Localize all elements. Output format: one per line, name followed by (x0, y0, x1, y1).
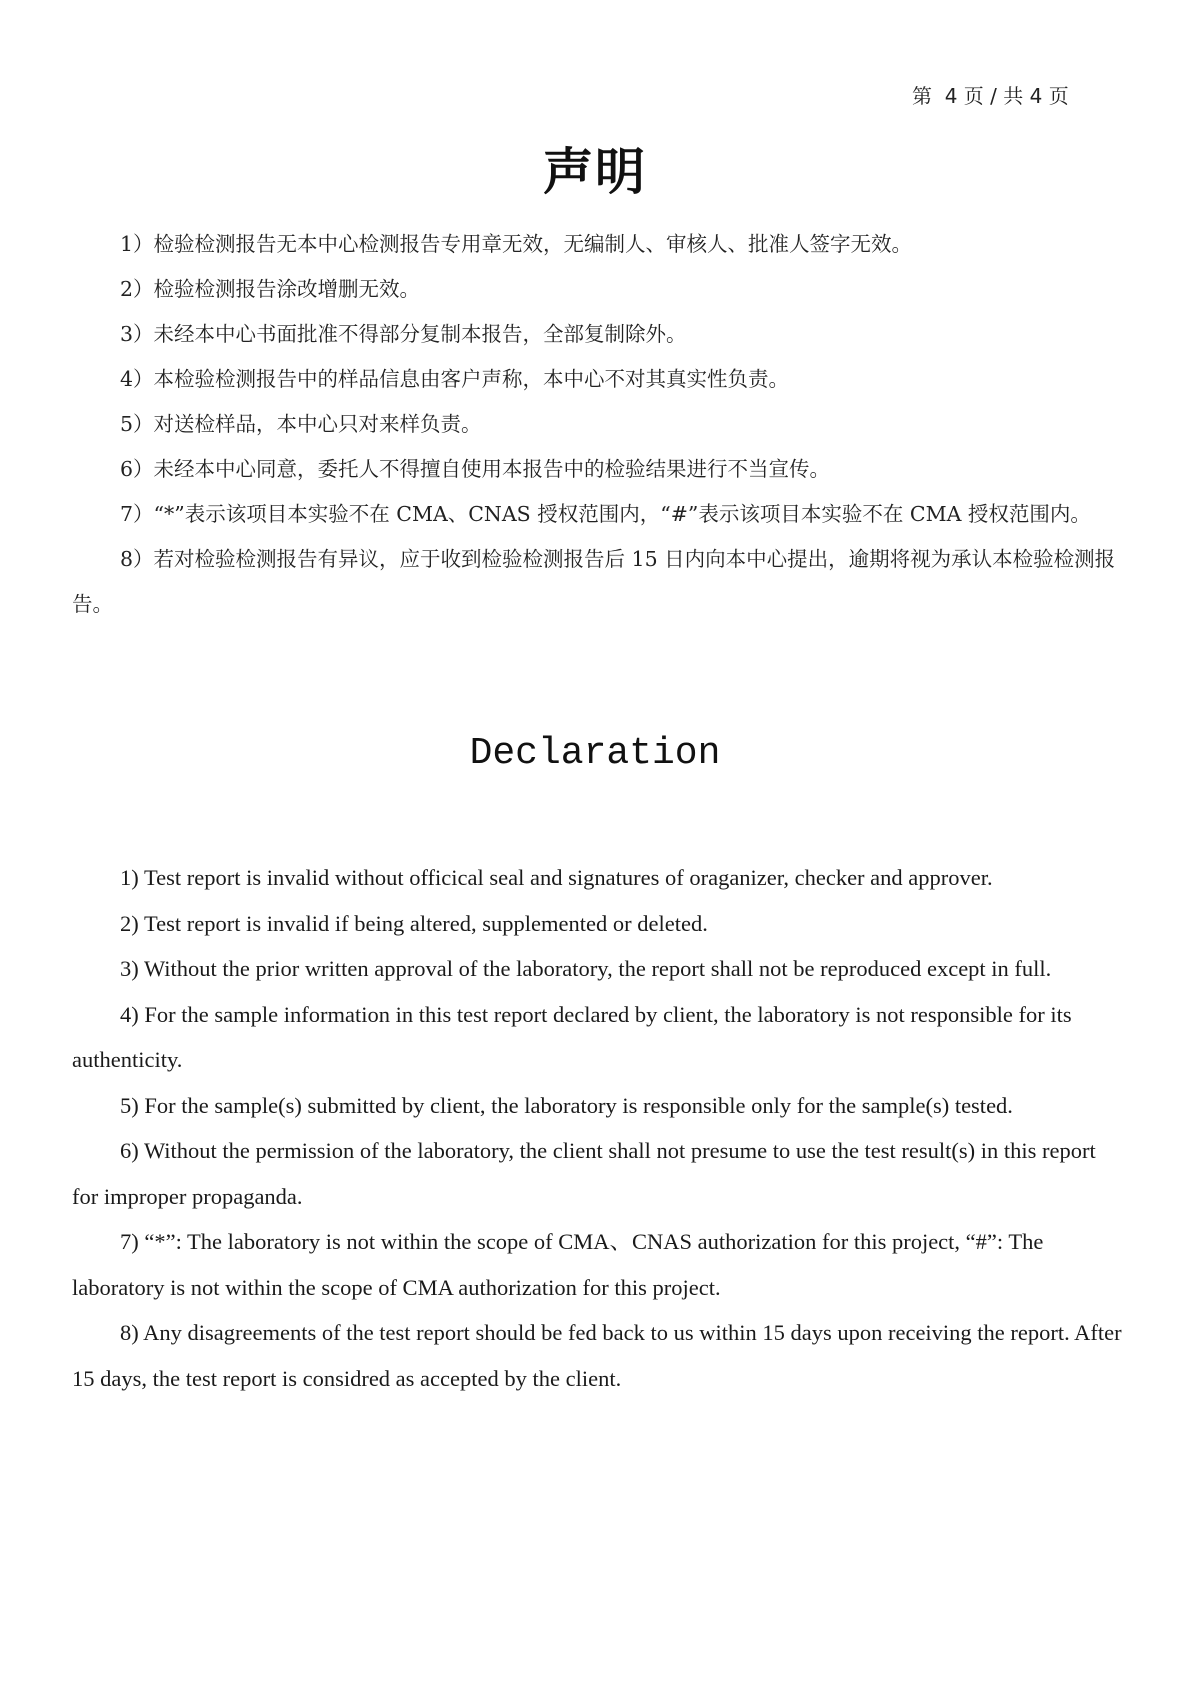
chinese-item-2: 2）检验检测报告涂改增删无效。 (72, 267, 1122, 312)
page-number: 第 4 页 / 共 4 页 (912, 80, 1069, 109)
chinese-item-7: 7）“*”表示该项目本实验不在 CMA、CNAS 授权范围内，“#”表示该项目本… (72, 492, 1122, 537)
chinese-item-4: 4）本检验检测报告中的样品信息由客户声称，本中心不对其真实性负责。 (72, 357, 1122, 402)
english-item-3: 3) Without the prior written approval of… (72, 946, 1127, 992)
chinese-item-1: 1）检验检测报告无本中心检测报告专用章无效，无编制人、审核人、批准人签字无效。 (72, 222, 1122, 267)
english-item-7: 7) “*”: The laboratory is not within the… (72, 1219, 1127, 1310)
english-item-8: 8) Any disagreements of the test report … (72, 1310, 1127, 1401)
chinese-declaration-list: 1）检验检测报告无本中心检测报告专用章无效，无编制人、审核人、批准人签字无效。 … (72, 222, 1122, 627)
english-declaration-list: 1) Test report is invalid without offici… (72, 855, 1127, 1401)
chinese-item-3: 3）未经本中心书面批准不得部分复制本报告，全部复制除外。 (72, 312, 1122, 357)
english-title: Declaration (0, 732, 1190, 775)
english-item-5: 5) For the sample(s) submitted by client… (72, 1083, 1127, 1129)
english-item-1: 1) Test report is invalid without offici… (72, 855, 1127, 901)
chinese-title: 声明 (0, 132, 1190, 204)
chinese-item-6: 6）未经本中心同意，委托人不得擅自使用本报告中的检验结果进行不当宣传。 (72, 447, 1122, 492)
english-item-2: 2) Test report is invalid if being alter… (72, 901, 1127, 947)
english-item-4: 4) For the sample information in this te… (72, 992, 1127, 1083)
chinese-item-8: 8）若对检验检测报告有异议，应于收到检验检测报告后 15 日内向本中心提出，逾期… (72, 537, 1122, 627)
english-item-6: 6) Without the permission of the laborat… (72, 1128, 1127, 1219)
chinese-item-5: 5）对送检样品，本中心只对来样负责。 (72, 402, 1122, 447)
